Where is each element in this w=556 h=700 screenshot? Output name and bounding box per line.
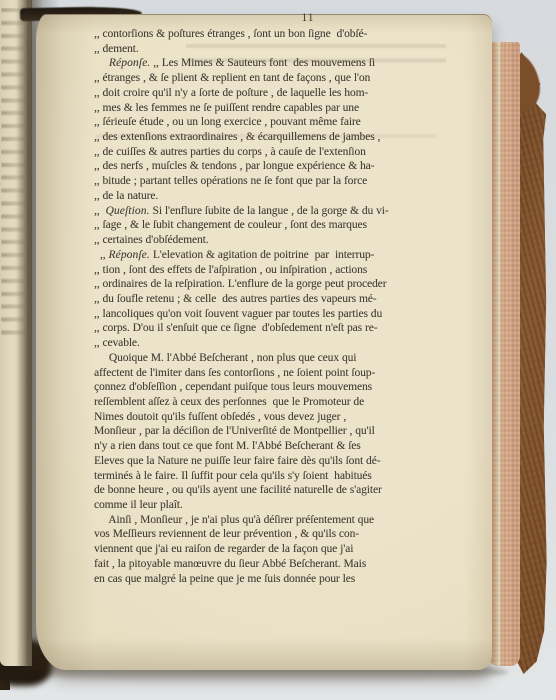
text-line: ,, tion , ſont des effets de l'aſpiratio… [94, 263, 456, 278]
line-text: ,, des nerfs , muſcles & tendons , par l… [94, 160, 374, 172]
line-text: n'y a rien dans tout ce que font M. l'Ab… [94, 440, 361, 452]
line-text: ,, tion , ſont des effets de l'aſpiratio… [94, 264, 367, 276]
line-text: ,, des extenſions extraordinaires , & éc… [94, 131, 380, 143]
line-text: ,, étranges , & ſe plient & replient en … [94, 72, 370, 84]
text-line: ,, cevable. [94, 336, 456, 351]
text-line: ,, Réponſe. L'elevation & agitation de p… [94, 248, 456, 263]
text-line: ,, de cuiſſes & autres parties du corps … [94, 145, 456, 160]
line-text [94, 57, 109, 69]
line-text: ,, contorſions & poſtures étranges , ſon… [94, 28, 367, 40]
text-line: Nimes doutoit qu'ils fuſſent obſedés , v… [94, 410, 456, 425]
line-text: ,, ordinaires de la reſpiration. L'enflu… [94, 278, 386, 290]
line-text: Monſieur , par la déciſion de l'Univerſi… [94, 425, 375, 437]
line-text: ,, du ſoufle retenu ; & celle des autres… [94, 293, 377, 305]
text-line: ,, du ſoufle retenu ; & celle des autres… [94, 292, 456, 307]
line-italic-text: Réponſe. [108, 249, 149, 261]
line-text: fait , la pitoyable manœuvre du ſieur Ab… [94, 558, 366, 570]
text-line: n'y a rien dans tout ce que font M. l'Ab… [94, 439, 456, 454]
line-text: çonnez d'obſeſſion , cependant puiſque t… [94, 381, 372, 393]
line-text: ,, mes & les femmes ne ſe puiſſent rendr… [94, 102, 359, 114]
text-line: ,, mes & les femmes ne ſe puiſſent rendr… [94, 101, 456, 116]
text-line: ,, ordinaires de la reſpiration. L'enflu… [94, 277, 456, 292]
line-text: comme il leur plaît. [94, 499, 183, 511]
line-text: ,, bitude ; partant telles opérations ne… [94, 175, 367, 187]
line-text: ,, de la nature. [94, 190, 158, 202]
line-text: ,, doit croire qu'il n'y a ſorte de poſt… [94, 87, 368, 99]
line-text: terminés à le faire. Il ſuffit pour cela… [94, 470, 372, 482]
book-page: 11 ,, contorſions & poſtures étranges , … [36, 14, 492, 670]
line-text: vos Meſſieurs reviennent de leur prévent… [94, 528, 359, 540]
line-text: ,, certaines d'obſédement. [94, 234, 209, 246]
text-line: fait , la pitoyable manœuvre du ſieur Ab… [94, 557, 456, 572]
line-text: L'elevation & agitation de poitrine par … [150, 249, 374, 261]
text-line: Monſieur , par la déciſion de l'Univerſi… [94, 424, 456, 439]
line-text: ,, [94, 205, 106, 217]
line-text: de bonne heure , ou qu'ils ayent une fac… [94, 484, 382, 496]
line-text: viennent que j'ai eu raiſon de regarder … [94, 543, 353, 555]
line-text: ,, cevable. [94, 337, 140, 349]
text-line: çonnez d'obſeſſion , cependant puiſque t… [94, 380, 456, 395]
text-line: viennent que j'ai eu raiſon de regarder … [94, 542, 456, 557]
text-line: en cas que malgré la peine que je me ſui… [94, 572, 456, 587]
text-block: ,, contorſions & poſtures étranges , ſon… [94, 27, 456, 586]
text-line: ,, contorſions & poſtures étranges , ſon… [94, 27, 456, 42]
line-text: reſſemblent aſſez à ceux des perſonnes q… [94, 396, 364, 408]
line-text: Ainſi , Monſieur , je n'ai plus qu'à déſ… [94, 514, 374, 526]
text-line: ,, dement. [94, 42, 456, 57]
text-line: ,, certaines d'obſédement. [94, 233, 456, 248]
line-text: Quoique M. l'Abbé Beſcherant , non plus … [94, 352, 356, 364]
text-line: ,, étranges , & ſe plient & replient en … [94, 71, 456, 86]
text-line: ,, corps. D'ou il s'enſuit que ce ſigne … [94, 321, 456, 336]
text-line: Eleves que la Nature ne puiſſe leur fair… [94, 454, 456, 469]
line-text: ,, dement. [94, 43, 139, 55]
line-text: ,, [94, 249, 108, 261]
text-line: ,, Queſtion. Si l'enflure ſubite de la l… [94, 204, 456, 219]
text-line: ,, des extenſions extraordinaires , & éc… [94, 130, 456, 145]
line-text: Nimes doutoit qu'ils fuſſent obſedés , v… [94, 411, 346, 423]
text-line: ,, lancoliques qu'on voit ſouvent vaguer… [94, 307, 456, 322]
text-line: comme il leur plaît. [94, 498, 456, 513]
line-text: ,, corps. D'ou il s'enſuit que ce ſigne … [94, 322, 377, 334]
book-photo-scene: 11 ,, contorſions & poſtures étranges , … [0, 0, 556, 700]
text-line: ,, de la nature. [94, 189, 456, 204]
line-italic-text: Queſtion. [106, 205, 150, 217]
line-text: Si l'enflure ſubite de la langue , de la… [150, 205, 389, 217]
text-line: Quoique M. l'Abbé Beſcherant , non plus … [94, 351, 456, 366]
line-text: en cas que malgré la peine que je me ſui… [94, 573, 355, 585]
line-text: ,, ſage , & le ſubit changement de coule… [94, 219, 367, 231]
text-line: ,, des nerfs , muſcles & tendons , par l… [94, 159, 456, 174]
page-number: 11 [286, 12, 330, 24]
text-line: ,, ſage , & le ſubit changement de coule… [94, 218, 456, 233]
text-line: vos Meſſieurs reviennent de leur prévent… [94, 527, 456, 542]
text-line: de bonne heure , ou qu'ils ayent une fac… [94, 483, 456, 498]
line-text: ,, ſérieuſe étude , ou un long exercice … [94, 116, 361, 128]
line-text: ,, lancoliques qu'on voit ſouvent vaguer… [94, 308, 382, 320]
line-text: Eleves que la Nature ne puiſſe leur fair… [94, 455, 380, 467]
line-text: affectent de l'imiter dans ſes contorſio… [94, 367, 375, 379]
text-line: Ainſi , Monſieur , je n'ai plus qu'à déſ… [94, 513, 456, 528]
line-text: ,, de cuiſſes & autres parties du corps … [94, 146, 366, 158]
text-line: reſſemblent aſſez à ceux des perſonnes q… [94, 395, 456, 410]
line-italic-text: Réponſe. [109, 57, 150, 69]
text-line: ,, ſérieuſe étude , ou un long exercice … [94, 115, 456, 130]
text-line: ,, bitude ; partant telles opérations ne… [94, 174, 456, 189]
text-line: Réponſe. ,, Les Mimes & Sauteurs font de… [94, 56, 456, 71]
text-line: terminés à le faire. Il ſuffit pour cela… [94, 469, 456, 484]
text-line: ,, doit croire qu'il n'y a ſorte de poſt… [94, 86, 456, 101]
text-line: affectent de l'imiter dans ſes contorſio… [94, 366, 456, 381]
line-text: ,, Les Mimes & Sauteurs font des mouveme… [150, 57, 375, 69]
